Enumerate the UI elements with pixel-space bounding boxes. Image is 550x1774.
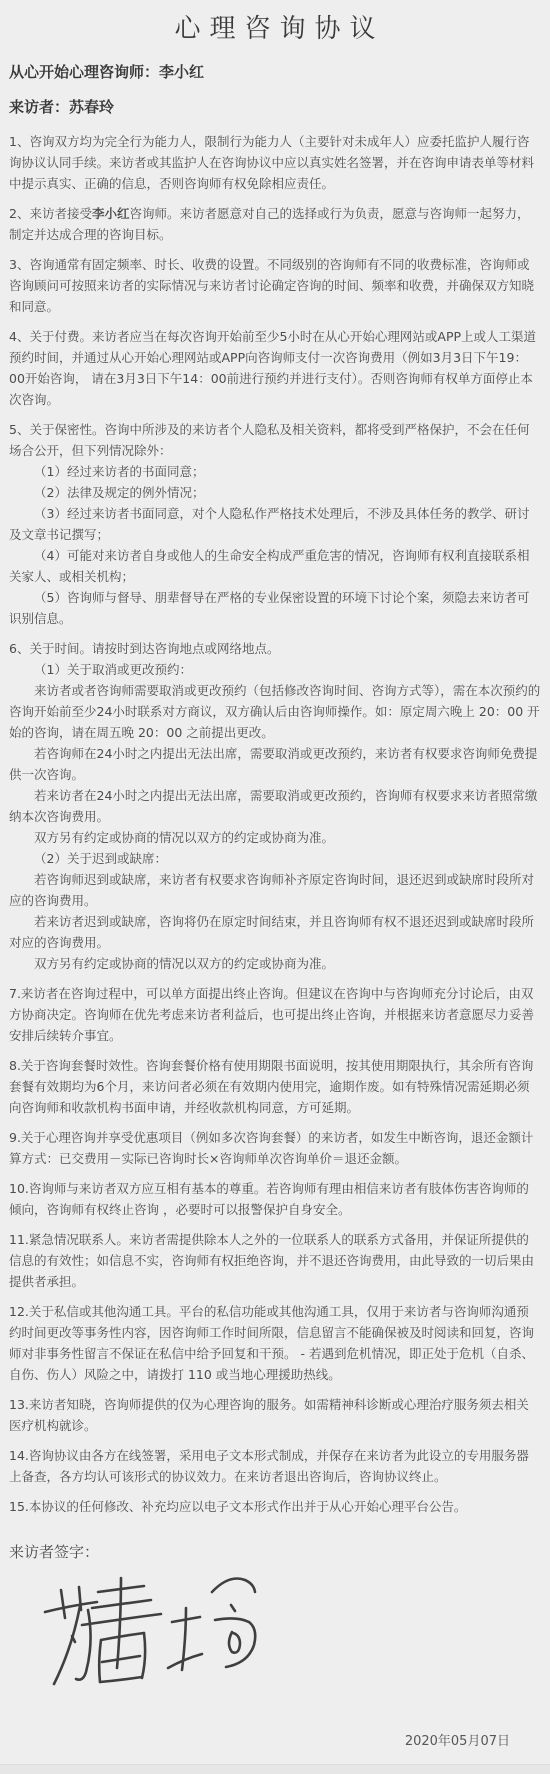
clause-paragraph: 7.来访者在咨询过程中，可以单方面提出终止咨询。但建议在咨询中与咨询师充分讨论后… (9, 983, 541, 1046)
clause-paragraph: 9.关于心理咨询并享受优惠项目（例如多次咨询套餐）的来访者，如发生中断咨询，退还… (9, 1127, 541, 1169)
clause-paragraph: 3、咨询通常有固定频率、时长、收费的设置。不同级别的咨询师有不同的收费标准，咨询… (9, 254, 541, 317)
footer-strip (0, 1764, 550, 1774)
clause-paragraph: 来访者或者咨询师需要取消或更改预约（包括修改咨询时间、咨询方式等），需在本次预约… (9, 680, 541, 743)
visitor-label: 来访者： (9, 98, 69, 116)
clause-paragraph: 1、咨询双方均为完全行为能力人，限制行为能力人（主要针对未成年人）应委托监护人履… (9, 131, 541, 194)
clause-paragraph: 双方另有约定或协商的情况以双方的约定或协商为准。 (9, 827, 541, 848)
clause-paragraph: 双方另有约定或协商的情况以双方的约定或协商为准。 (9, 953, 541, 974)
clause-paragraph: 8.关于咨询套餐时效性。咨询套餐价格有使用期限书面说明，按其使用期限执行，其余所… (9, 1055, 541, 1118)
counselor-line: 从心开始心理咨询师：李小红 (9, 61, 541, 82)
clause-paragraph: （1）经过来访者的书面同意； (9, 461, 541, 482)
clause-paragraph: （3）经过来访者书面同意，对个人隐私作严格技术处理后，不涉及具体任务的教学、研讨… (9, 503, 541, 545)
clause-paragraph: 11.紧急情况联系人。来访者需提供除本人之外的一位联系人的联系方式备用，并保证所… (9, 1229, 541, 1292)
clause-paragraph: 15.本协议的任何修改、补充均应以电子文本形式作出并于从心开始心理平台公告。 (9, 1496, 541, 1517)
clause-paragraph: 若咨询师迟到或缺席，来访者有权要求咨询师补齐原定咨询时间，退还迟到或缺席时段所对… (9, 869, 541, 911)
clause-paragraph: （2）法律及规定的例外情况； (9, 482, 541, 503)
clause-paragraph: 13.来访者知晓，咨询师提供的仅为心理咨询的服务。如需精神科诊断或心理治疗服务须… (9, 1394, 541, 1436)
clause-paragraph: 4、关于付费。来访者应当在每次咨询开始前至少5小时在从心开始心理网站或APP上或… (9, 326, 541, 410)
visitor-signature (35, 1572, 541, 1724)
clause-paragraph: （4）可能对来访者自身或他人的生命安全构成严重危害的情况，咨询师有权利直接联系相… (9, 545, 541, 587)
clause-paragraph: 2、来访者接受李小红咨询师。来访者愿意对自己的选择或行为负责，愿意与咨询师一起努… (9, 203, 541, 245)
clause-paragraph: 10.咨询师与来访者双方应互相有基本的尊重。若咨询师有理由相信来访者有肢体伤害咨… (9, 1178, 541, 1220)
clause-paragraph: 14.咨询协议由各方在线签署，采用电子文本形式制成，并保存在来访者为此设立的专用… (9, 1445, 541, 1487)
signature-drawing (35, 1572, 285, 1724)
visitor-line: 来访者：苏春玲 (9, 96, 541, 117)
clause-paragraph: 5、关于保密性。咨询中所涉及的来访者个人隐私及相关资料，都将受到严格保护，不会在… (9, 419, 541, 461)
clause-paragraph: （2）关于迟到或缺席： (9, 848, 541, 869)
clause-paragraph: （5）咨询师与督导、朋辈督导在严格的专业保密设置的环境下讨论个案，须隐去来访者可… (9, 587, 541, 629)
page-title: 心理咨询协议 (9, 8, 541, 45)
visitor-signature-label: 来访者签字： (9, 1541, 541, 1562)
counselor-name: 李小红 (159, 63, 204, 81)
signature-strokes (45, 1578, 255, 1684)
clause-paragraph: 若来访者迟到或缺席，咨询将仍在原定时间结束，并且咨询师有权不退还迟到或缺席时段所… (9, 911, 541, 953)
clause-paragraph: 12.关于私信或其他沟通工具。平台的私信功能或其他沟通工具，仅用于来访者与咨询师… (9, 1301, 541, 1385)
clause-paragraph: 若咨询师在24小时之内提出无法出席，需要取消或更改预约，来访者有权要求咨询师免费… (9, 743, 541, 785)
counselor-label: 从心开始心理咨询师： (9, 63, 159, 81)
clause-paragraph: 6、关于时间。请按时到达咨询地点或网络地点。 (9, 638, 541, 659)
agreement-page: 心理咨询协议 从心开始心理咨询师：李小红 来访者：苏春玲 1、咨询双方均为完全行… (0, 0, 550, 1774)
agreement-document: 心理咨询协议 从心开始心理咨询师：李小红 来访者：苏春玲 1、咨询双方均为完全行… (0, 0, 550, 1724)
signature-date: 2020年05月07日 (0, 1730, 550, 1749)
clause-paragraph: （1）关于取消或更改预约： (9, 659, 541, 680)
clause-paragraph: 若来访者在24小时之内提出无法出席，需要取消或更改预约，咨询师有权要求来访者照常… (9, 785, 541, 827)
visitor-name: 苏春玲 (69, 98, 114, 116)
clause-list: 1、咨询双方均为完全行为能力人，限制行为能力人（主要针对未成年人）应委托监护人履… (9, 131, 541, 1517)
